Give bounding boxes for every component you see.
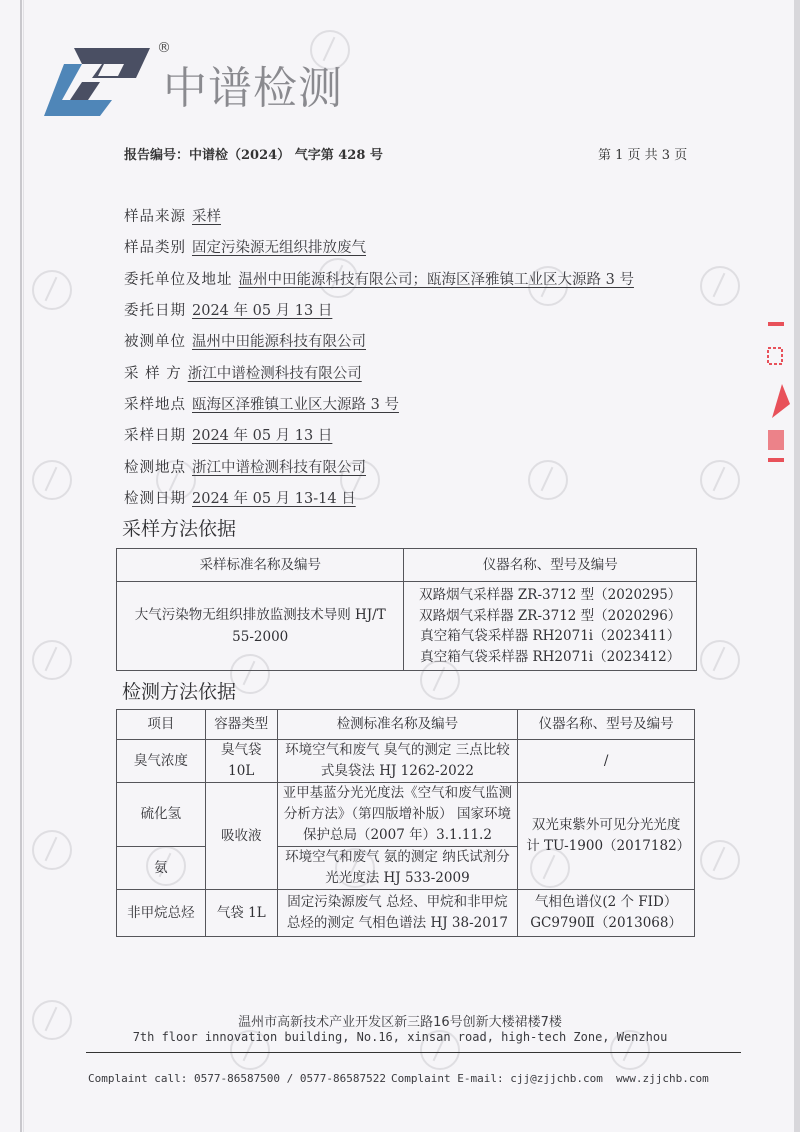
item-cell: 臭气浓度	[117, 740, 206, 783]
table-row: 硫化氢 吸收液 亚甲基蓝分光光度法《空气和废气监测分析方法》（第四版增补版） 国…	[117, 783, 695, 847]
table-header-row: 项目 容器类型 检测标准名称及编号 仪器名称、型号及编号	[117, 710, 695, 740]
testing-section-title: 检测方法依据	[122, 677, 236, 704]
info-row-client: 委托单位及地址 温州中田能源科技有限公司；瓯海区泽雅镇工业区大源路 3 号	[124, 263, 634, 294]
watermark-icon	[700, 460, 740, 500]
column-header: 检测标准名称及编号	[277, 710, 518, 740]
complaint-call: Complaint call: 0577-86587500 / 0577-865…	[88, 1072, 386, 1085]
instrument-cell: 气相色谱仪(2 个 FID）GC9790Ⅱ（2013068）	[518, 890, 695, 937]
column-header: 仪器名称、型号及编号	[518, 710, 695, 740]
sampling-method-table: 采样标准名称及编号 仪器名称、型号及编号 大气污染物无组织排放监测技术导则 HJ…	[116, 548, 697, 671]
watermark-icon	[700, 840, 740, 880]
info-value: 温州中田能源科技有限公司；瓯海区泽雅镇工业区大源路 3 号	[239, 268, 634, 289]
info-label: 委托日期	[124, 299, 186, 320]
info-label: 采 样 方	[124, 362, 182, 383]
info-row-sampler: 采 样 方 浙江中谱检测科技有限公司	[124, 356, 634, 387]
item-cell: 硫化氢	[117, 783, 206, 847]
info-label: 采样地点	[124, 393, 186, 414]
zp-logo-icon	[42, 42, 162, 122]
sampling-section-title: 采样方法依据	[122, 514, 236, 541]
item-cell: 非甲烷总烃	[117, 890, 206, 937]
watermark-icon	[700, 266, 740, 306]
table-header-row: 采样标准名称及编号 仪器名称、型号及编号	[117, 549, 697, 582]
info-label: 检测日期	[124, 487, 186, 508]
info-value: 固定污染源无组织排放废气	[192, 236, 366, 257]
item-cell: 氨	[117, 847, 206, 890]
binding-edge	[20, 0, 22, 1132]
standard-cell: 环境空气和废气 氨的测定 纳氏试剂分光光度法 HJ 533-2009	[277, 847, 518, 890]
testing-method-table: 项目 容器类型 检测标准名称及编号 仪器名称、型号及编号 臭气浓度 臭气袋 10…	[116, 709, 695, 937]
standard-cell: 固定污染源废气 总烃、甲烷和非甲烷总烃的测定 气相色谱法 HJ 38-2017	[277, 890, 518, 937]
page-number: 第 1 页 共 3 页	[598, 144, 687, 163]
instrument-item: 真空箱气袋采样器 RH2071i（2023411）	[408, 626, 692, 647]
info-value: 采样	[192, 205, 221, 226]
sampling-instruments: 双路烟气采样器 ZR-3712 型（2020295） 双路烟气采样器 ZR-37…	[404, 582, 697, 671]
watermark-icon	[32, 270, 72, 310]
instrument-cell: /	[518, 740, 695, 783]
instrument-item: 双路烟气采样器 ZR-3712 型（2020295）	[408, 585, 692, 606]
container-cell: 气袋 1L	[205, 890, 277, 937]
info-label: 样品来源	[124, 205, 186, 226]
column-header: 仪器名称、型号及编号	[404, 549, 697, 582]
sampling-standard: 大气污染物无组织排放监测技术导则 HJ/T 55-2000	[117, 582, 404, 671]
info-row-sample-category: 样品类别 固定污染源无组织排放废气	[124, 231, 634, 262]
page-edge	[794, 0, 800, 1132]
info-row-testing-site: 检测地点 浙江中谱检测科技有限公司	[124, 450, 634, 481]
info-row-commission-date: 委托日期 2024 年 05 月 13 日	[124, 294, 634, 325]
watermark-icon	[700, 640, 740, 680]
company-logo-text: 中谱检测	[163, 52, 343, 116]
table-row: 非甲烷总烃 气袋 1L 固定污染源废气 总烃、甲烷和非甲烷总烃的测定 气相色谱法…	[117, 890, 695, 937]
standard-cell: 环境空气和废气 臭气的测定 三点比较式臭袋法 HJ 1262-2022	[277, 740, 518, 783]
info-label: 委托单位及地址	[124, 268, 233, 289]
info-row-sampling-site: 采样地点 瓯海区泽雅镇工业区大源路 3 号	[124, 388, 634, 419]
info-label: 样品类别	[124, 236, 186, 257]
sample-info: 样品来源 采样 样品类别 固定污染源无组织排放废气 委托单位及地址 温州中田能源…	[124, 200, 634, 513]
footer-divider	[86, 1052, 741, 1053]
report-number: 报告编号：中谱检（2024） 气字第 428 号	[124, 144, 383, 163]
footer-address-cn: 温州市高新技术产业开发区新三路16号创新大楼裙楼7楼	[0, 1011, 800, 1030]
info-value: 瓯海区泽雅镇工业区大源路 3 号	[192, 393, 399, 414]
column-header: 采样标准名称及编号	[117, 549, 404, 582]
website-link[interactable]: www.zjjchb.com	[616, 1072, 709, 1085]
info-value: 温州中田能源科技有限公司	[192, 330, 366, 351]
info-label: 采样日期	[124, 424, 186, 445]
table-row: 臭气浓度 臭气袋 10L 环境空气和废气 臭气的测定 三点比较式臭袋法 HJ 1…	[117, 740, 695, 783]
binding-edge-shadow	[23, 0, 24, 1132]
container-cell: 臭气袋 10L	[205, 740, 277, 783]
container-cell: 吸收液	[205, 783, 277, 890]
info-row-sample-source: 样品来源 采样	[124, 200, 634, 231]
info-row-testing-date: 检测日期 2024 年 05 月 13-14 日	[124, 482, 634, 513]
info-row-tested-unit: 被测单位 温州中田能源科技有限公司	[124, 325, 634, 356]
standard-cell: 亚甲基蓝分光光度法《空气和废气监测分析方法》（第四版增补版） 国家环境保护总局（…	[277, 783, 518, 847]
complaint-email: Complaint E-mail: cjj@zjjchb.com	[391, 1072, 603, 1085]
table-row: 大气污染物无组织排放监测技术导则 HJ/T 55-2000 双路烟气采样器 ZR…	[117, 582, 697, 671]
column-header: 项目	[117, 710, 206, 740]
info-row-sampling-date: 采样日期 2024 年 05 月 13 日	[124, 419, 634, 450]
red-seal-stamp-icon	[766, 318, 794, 468]
info-value: 2024 年 05 月 13-14 日	[192, 487, 356, 508]
instrument-item: 双路烟气采样器 ZR-3712 型（2020296）	[408, 606, 692, 627]
info-label: 被测单位	[124, 330, 186, 351]
instrument-item: 真空箱气袋采样器 RH2071i（2023412）	[408, 647, 692, 668]
info-value: 浙江中谱检测科技有限公司	[188, 362, 362, 383]
instrument-cell: 双光束紫外可见分光光度计 TU-1900（2017182）	[518, 783, 695, 890]
info-label: 检测地点	[124, 456, 186, 477]
watermark-icon	[32, 830, 72, 870]
column-header: 容器类型	[205, 710, 277, 740]
info-value: 2024 年 05 月 13 日	[192, 299, 332, 320]
watermark-icon	[32, 460, 72, 500]
info-value: 2024 年 05 月 13 日	[192, 424, 332, 445]
info-value: 浙江中谱检测科技有限公司	[192, 456, 366, 477]
footer-address-en: 7th floor innovation building, No.16, xi…	[0, 1030, 800, 1044]
watermark-icon	[32, 640, 72, 680]
